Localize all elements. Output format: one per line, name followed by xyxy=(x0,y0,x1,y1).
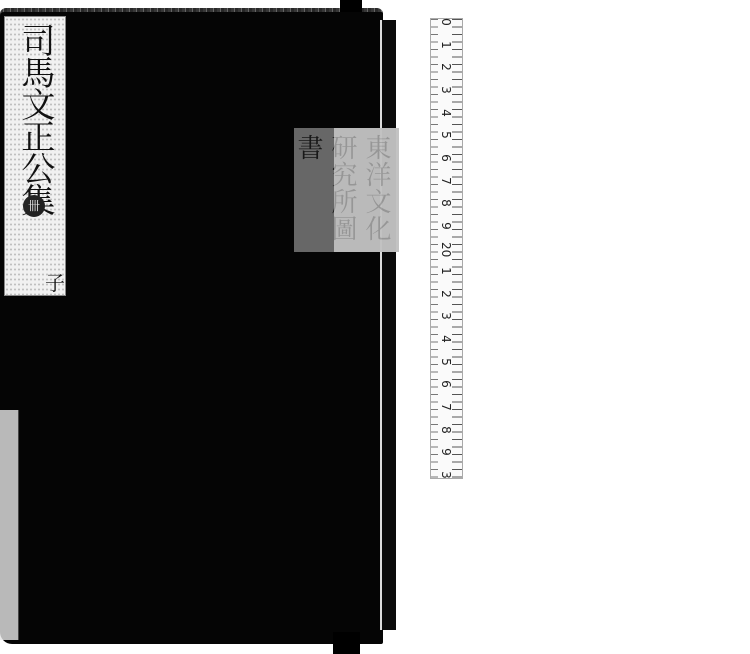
ruler-label: 6 xyxy=(439,151,453,165)
ruler-label: 7 xyxy=(439,174,453,188)
ruler-ticks-left xyxy=(431,19,438,478)
ruler-label: 20 xyxy=(439,242,453,256)
book-title: 司馬文正公集 xyxy=(13,23,57,215)
ruler-label: 7 xyxy=(439,400,453,414)
ruler-label: 1 xyxy=(439,38,453,52)
ruler-label: 9 xyxy=(439,219,453,233)
ruler-label: 0 xyxy=(439,15,453,29)
ruler-ticks-right xyxy=(452,19,462,478)
ruler-label: 6 xyxy=(439,377,453,391)
ruler-label: 8 xyxy=(439,196,453,210)
measuring-ruler: 0123456789201234567893 xyxy=(430,18,463,479)
title-label-slip: 司馬文正公集 卌 子 xyxy=(4,16,66,296)
ruler-label: 3 xyxy=(439,83,453,97)
ruler-label: 4 xyxy=(439,332,453,346)
worn-left-edge xyxy=(0,410,19,640)
bookmark-tab-bottom xyxy=(333,632,360,654)
ruler-label: 2 xyxy=(439,60,453,74)
ruler-label: 3 xyxy=(439,309,453,323)
ruler-label: 3 xyxy=(439,468,453,482)
volume-mark: 子 xyxy=(45,267,65,296)
book-spine-edge xyxy=(380,20,396,630)
ruler-label: 2 xyxy=(439,287,453,301)
ruler-label: 8 xyxy=(439,423,453,437)
title-seal: 卌 xyxy=(23,195,45,217)
ruler-label: 5 xyxy=(439,355,453,369)
ruler-label: 9 xyxy=(439,445,453,459)
stamp-overlay xyxy=(334,128,399,252)
ruler-label: 5 xyxy=(439,128,453,142)
ruler-label: 1 xyxy=(439,264,453,278)
ruler-label: 4 xyxy=(439,106,453,120)
